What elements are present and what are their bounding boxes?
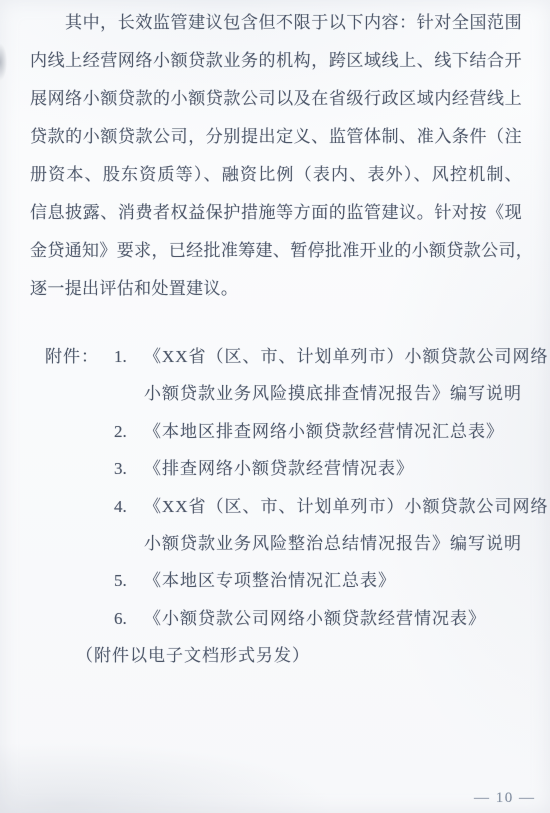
paragraph-line: 册资本、股东资质等）、融资比例（表内、表外）、风控机制、 [30,156,522,194]
paragraph-line: 展网络小额贷款的小额贷款公司以及在省级行政区域内经营线上 [30,80,522,118]
paragraph-line: 金贷通知》要求，已经批准筹建、暂停批准开业的小额贷款公司， [30,232,522,270]
paragraph-line: 其中，长效监管建议包含但不限于以下内容：针对全国范围 [30,4,522,42]
attachment-title: 《本地区排查网络小额贷款经营情况汇总表》 [144,413,550,450]
attachment-title: 《本地区专项整治情况汇总表》 [144,562,550,599]
attachment-number: 5. [114,562,144,599]
attachment-row: 5. 《本地区专项整治情况汇总表》 [45,562,550,599]
spacer [45,562,114,599]
spacer [114,525,144,562]
spacer [45,375,114,412]
attachments-label: 附件： [45,338,114,375]
spacer [45,413,114,450]
attachment-row: 小额贷款业务风险摸底排查情况报告》编写说明 [45,375,550,412]
paragraph-line: 逐一提出评估和处置建议。 [30,270,522,308]
attachment-number: 2. [114,413,144,450]
attachment-number: 4. [114,488,144,525]
attachment-title-continuation: 小额贷款业务风险整治总结情况报告》编写说明 [144,525,550,562]
attachments-list: 附件： 1. 《XX省（区、市、计划单列市）小额贷款公司网络 小额贷款业务风险摸… [45,338,550,637]
paragraph-line: 贷款的小额贷款公司，分别提出定义、监管体制、准入条件（注 [30,118,522,156]
paragraph-line: 信息披露、消费者权益保护措施等方面的监管建议。针对按《现 [30,194,522,232]
attachment-number: 3. [114,450,144,487]
document-page: 其中，长效监管建议包含但不限于以下内容：针对全国范围 内线上经营网络小额贷款业务… [0,0,550,813]
attachment-title: 《XX省（区、市、计划单列市）小额贷款公司网络 [144,488,550,525]
attachment-number: 1. [114,338,144,375]
spacer [45,525,114,562]
attachment-title: 《XX省（区、市、计划单列市）小额贷款公司网络 [144,338,550,375]
body-paragraph: 其中，长效监管建议包含但不限于以下内容：针对全国范围 内线上经营网络小额贷款业务… [30,4,522,308]
attachments-note: （附件以电子文档形式另发） [76,637,550,674]
attachment-row: 2. 《本地区排查网络小额贷款经营情况汇总表》 [45,413,550,450]
attachment-title: 《小额贷款公司网络小额贷款经营情况表》 [144,600,550,637]
spacer [114,375,144,412]
attachment-row: 6. 《小额贷款公司网络小额贷款经营情况表》 [45,600,550,637]
attachment-title-continuation: 小额贷款业务风险摸底排查情况报告》编写说明 [144,375,550,412]
attachment-row: 附件： 1. 《XX省（区、市、计划单列市）小额贷款公司网络 [45,338,550,375]
paragraph-line: 内线上经营网络小额贷款业务的机构，跨区域线上、线下结合开 [30,42,522,80]
attachment-row: 3. 《排查网络小额贷款经营情况表》 [45,450,550,487]
attachment-number: 6. [114,600,144,637]
attachment-row: 小额贷款业务风险整治总结情况报告》编写说明 [45,525,550,562]
spacer [45,450,114,487]
spacer [45,488,114,525]
spacer [45,600,114,637]
attachment-title: 《排查网络小额贷款经营情况表》 [144,450,550,487]
page-number: — 10 — [474,789,536,807]
attachment-row: 4. 《XX省（区、市、计划单列市）小额贷款公司网络 [45,488,550,525]
